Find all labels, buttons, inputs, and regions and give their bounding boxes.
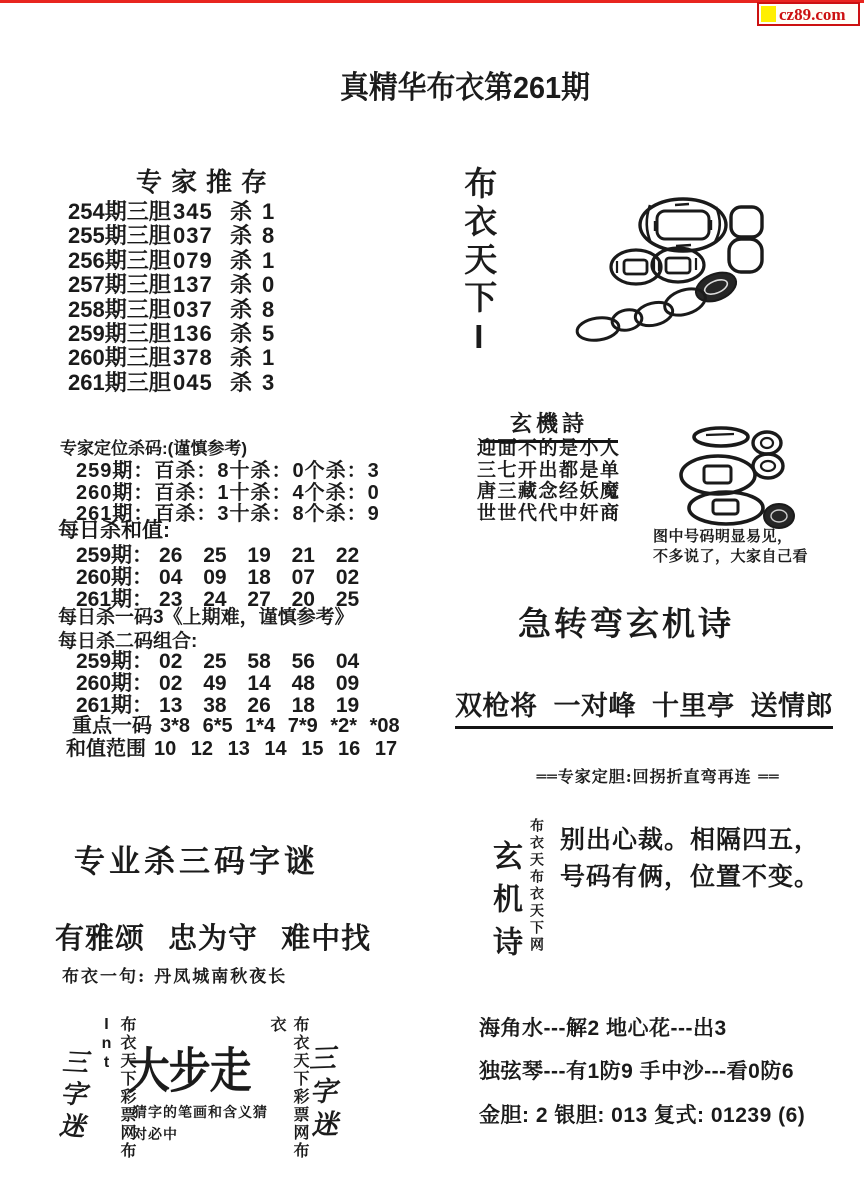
coin-diagram-1 bbox=[555, 183, 860, 348]
table-row: 254期三胆345杀1 bbox=[68, 200, 274, 224]
sum-range-line: 和值范围10 12 13 14 15 16 17 bbox=[66, 732, 397, 761]
xuanji-shi-vertical-watermark: 布衣天布衣天下网 bbox=[527, 818, 547, 954]
buyi-sentence: 布衣一句: 丹凤城南秋夜长 bbox=[62, 962, 287, 987]
figure-note-line: 图中号码明显易见， bbox=[653, 527, 808, 547]
poem-line: 迎面不的是小人 bbox=[477, 438, 621, 460]
mystery-poem: 迎面不的是小人 三七开出都是单 唐三藏念经妖魔 世世代代中奸商 bbox=[477, 438, 621, 524]
table-row: 260期三胆378杀1 bbox=[68, 346, 274, 370]
sharp-turn-riddle-line: 双枪将 一对峰 十里亭 送情郎 bbox=[455, 684, 833, 729]
poem-line: 三七开出都是单 bbox=[477, 460, 621, 482]
figure-note-line: 不多说了，大家自己看 bbox=[653, 547, 808, 567]
answer-line: 金胆: 2 银胆: 013 复式: 01239 (6) bbox=[479, 1099, 805, 1129]
xuanji-shi-vertical-title: 玄机诗 bbox=[482, 840, 526, 969]
page-title: 真精华布衣第261期 bbox=[340, 62, 563, 107]
table-row: 258期三胆037杀8 bbox=[68, 298, 274, 322]
three-word-riddle-label-right: 三字迷 bbox=[299, 1043, 341, 1143]
site-watermark[interactable]: cz89.com bbox=[757, 2, 860, 26]
coin-diagram-2 bbox=[666, 420, 811, 532]
three-word-riddle-label-left: 三字迷 bbox=[51, 1047, 93, 1145]
expert-dan-line: ══专家定胆:回拐折直弯再连 ══ bbox=[462, 764, 854, 787]
expert-recommend-table: 254期三胆345杀1 255期三胆037杀8 256期三胆079杀1 257期… bbox=[68, 200, 274, 395]
table-row: 257期三胆137杀0 bbox=[68, 273, 274, 297]
kill-three-code-heading: 专业杀三码字谜 bbox=[74, 836, 319, 881]
riddle-answer: 大步走 bbox=[128, 1032, 251, 1101]
poem-line: 世世代代中奸商 bbox=[477, 503, 621, 525]
sharp-turn-heading: 急转弯玄机诗 bbox=[518, 598, 734, 645]
xuanji-shi-line: 号码有俩，位置不变。 bbox=[560, 857, 820, 893]
riddle-note-line: 猜字的笔画和含义猜 bbox=[133, 1102, 268, 1122]
xuanji-shi-line: 别出心裁。相隔四五， bbox=[560, 820, 820, 856]
yellow-square-icon bbox=[761, 6, 776, 22]
table-row: 261期三胆045杀3 bbox=[68, 371, 274, 395]
table-row: 259期三胆136杀5 bbox=[68, 322, 274, 346]
buyi-tianxia-vertical-title: 布衣天下I bbox=[460, 166, 496, 360]
expert-recommend-heading: 专家推存 bbox=[136, 162, 276, 199]
answer-line: 独弦琴---有1防9 手中沙---看0防6 bbox=[479, 1055, 794, 1085]
table-row: 255期三胆037杀8 bbox=[68, 224, 274, 248]
riddle-note-line: 对必中 bbox=[133, 1124, 178, 1144]
table-row: 256期三胆079杀1 bbox=[68, 249, 274, 273]
daily-one-code-line: 每日杀一码3《上期难，谨慎参考》 bbox=[58, 602, 354, 629]
top-border-line bbox=[0, 0, 864, 3]
site-watermark-label: cz89.com bbox=[779, 6, 846, 23]
answer-line: 海角水---解2 地心花---出3 bbox=[479, 1012, 727, 1042]
kill-three-code-riddle: 有雅颂 忠为守 难中找 bbox=[55, 916, 371, 957]
figure-note: 图中号码明显易见， 不多说了，大家自己看 bbox=[653, 527, 808, 566]
poem-line: 唐三藏念经妖魔 bbox=[477, 481, 621, 503]
